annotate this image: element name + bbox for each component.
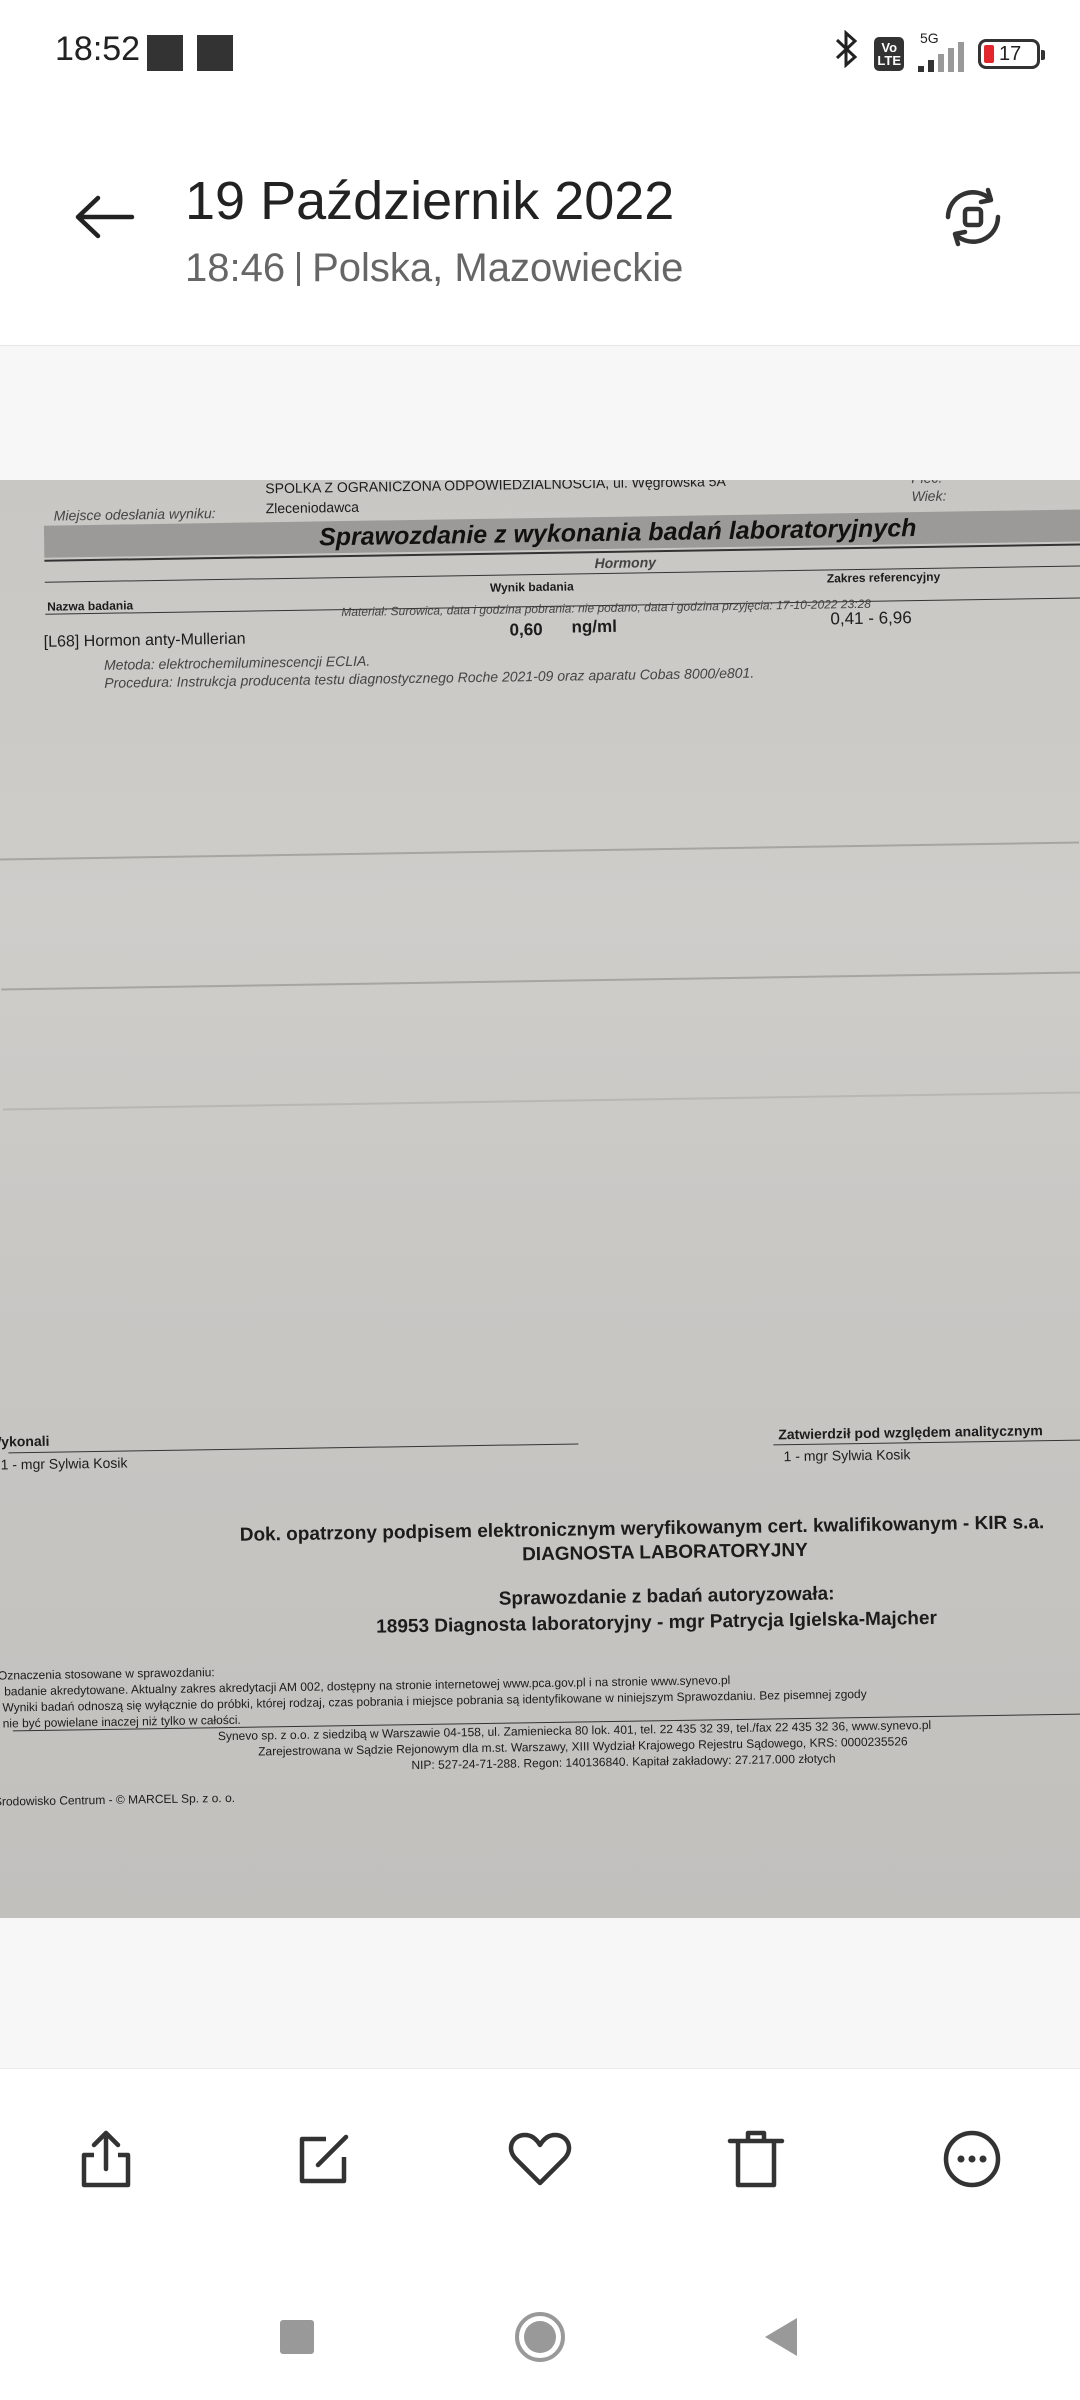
photo-location[interactable]: Polska, Mazowieckie: [312, 246, 683, 290]
photo-image[interactable]: SPOLKA Z OGRANICZONA ODPOWIEDZIALNOSCIA,…: [0, 480, 1080, 1918]
more-icon: [932, 2119, 1012, 2199]
home-button[interactable]: [505, 2302, 575, 2372]
recents-button[interactable]: [262, 2302, 332, 2372]
heart-icon: [500, 2119, 580, 2199]
signal-icon: 5G: [918, 36, 964, 72]
system-nav-bar: [0, 2280, 1080, 2400]
recents-icon: [262, 2302, 332, 2372]
status-bar: 18:52 VoLTE 5G 17: [0, 0, 1080, 110]
result-unit: ng/ml: [571, 617, 617, 638]
photo-date-title: 19 Październik 2022: [185, 170, 674, 232]
photo-meta: 18:46Polska, Mazowieckie: [185, 246, 683, 291]
notification-square-icon: [197, 35, 233, 71]
back-icon: [745, 2302, 815, 2372]
arrow-left-icon: [70, 182, 140, 252]
rotate-icon: [938, 182, 1008, 252]
edit-button[interactable]: [284, 2119, 364, 2199]
home-icon: [505, 2302, 575, 2372]
photo-actions-bar: [0, 2068, 1080, 2280]
status-time: 18:52: [55, 30, 140, 69]
edit-icon: [284, 2119, 364, 2199]
delete-button[interactable]: [716, 2119, 796, 2199]
photo-header: 19 Październik 2022 18:46Polska, Mazowie…: [0, 110, 1080, 346]
battery-icon: 17: [978, 39, 1040, 69]
back-button[interactable]: [70, 182, 140, 252]
bluetooth-icon: [834, 30, 860, 77]
trash-icon: [716, 2119, 796, 2199]
test-name: [L68] Hormon anty-Mullerian: [44, 631, 246, 652]
photo-time: 18:46: [185, 246, 285, 290]
result-value: 0,60: [509, 620, 542, 641]
favorite-button[interactable]: [500, 2119, 580, 2199]
share-button[interactable]: [66, 2119, 146, 2199]
more-button[interactable]: [932, 2119, 1012, 2199]
reference-range: 0,41 - 6,96: [830, 608, 912, 629]
notification-square-icon: [147, 35, 183, 71]
lab-report-document: SPOLKA Z OGRANICZONA ODPOWIEDZIALNOSCIA,…: [0, 480, 1080, 1918]
share-icon: [66, 2119, 146, 2199]
nav-back-button[interactable]: [745, 2302, 815, 2372]
volte-icon: VoLTE: [874, 37, 904, 71]
rotate-button[interactable]: [938, 182, 1008, 252]
